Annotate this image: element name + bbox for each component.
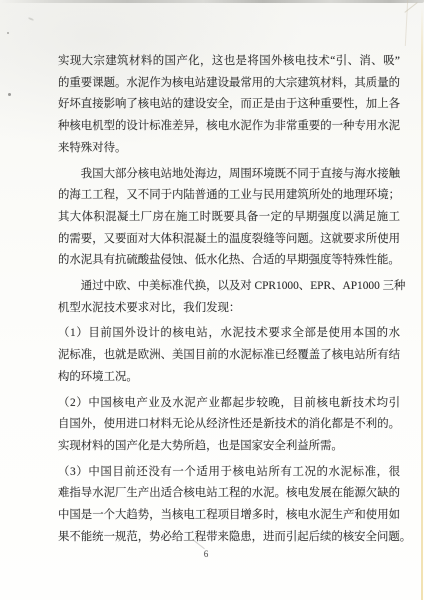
scan-edge-top xyxy=(0,0,424,3)
paragraph: （1）目前国外设计的核电站，水泥技术要求全部是使用本国的水 泥标准，也就是欧洲、… xyxy=(58,323,400,388)
text-line: 来特殊对待。 xyxy=(58,138,400,160)
paragraph: 通过中欧、中美标准代换，以及对 CPR1000、EPR、AP1000 三种 机型… xyxy=(58,276,400,319)
text-line: 的需要，又要面对大体积混凝土的温度裂缝等问题。这就要求所使用 xyxy=(58,229,400,251)
text-line: 通过中欧、中美标准代换，以及对 CPR1000、EPR、AP1000 三种 xyxy=(58,276,400,298)
text-line: 的水泥具有抗硫酸盐侵蚀、低水化热、合适的早期强度等特殊性能。 xyxy=(58,250,400,272)
text-line: （3）中国目前还没有一个适用于核电站所有工况的水泥标准，很 xyxy=(58,462,400,484)
text-line: （1）目前国外设计的核电站，水泥技术要求全部是使用本国的水 xyxy=(58,323,400,345)
page-number: 6 xyxy=(196,549,216,559)
text-line: 实现材料的国产化是大势所趋，也是国家安全利益所需。 xyxy=(58,436,400,458)
text-line: 难指导水泥厂生产出适合核电站工程的水泥。核电发展在能源欠缺的 xyxy=(58,483,400,505)
text-line: 中国是一个大趋势，当核电工程项目增多时，核电水泥生产和使用如 xyxy=(58,505,400,527)
text-line: 的重要课题。水泥作为核电站建设最常用的大宗建筑材料，其质量的 xyxy=(58,73,400,95)
paragraph: 实现大宗建筑材料的国产化，这也是将国外核电技术“引、消、吸” 的重要课题。水泥作… xyxy=(58,51,400,160)
scan-speck xyxy=(28,17,34,21)
text-line: 其大体积混凝土厂房在施工时既要具备一定的早期强度以满足施工 xyxy=(58,207,400,229)
text-line: 泥标准，也就是欧洲、美国目前的水泥标准已经覆盖了核电站所有结 xyxy=(58,345,400,367)
text-line: （2）中国核电产业及水泥产业都起步较晚，目前核电新技术均引 xyxy=(58,393,400,415)
scan-speck xyxy=(7,32,9,34)
paragraph: （3）中国目前还没有一个适用于核电站所有工况的水泥标准，很 难指导水泥厂生产出适… xyxy=(58,462,400,549)
text-line: 实现大宗建筑材料的国产化，这也是将国外核电技术“引、消、吸” xyxy=(58,51,400,73)
scan-edge-right xyxy=(421,6,423,600)
page-body: 实现大宗建筑材料的国产化，这也是将国外核电技术“引、消、吸” 的重要课题。水泥作… xyxy=(58,51,400,548)
text-line: 好坏直接影响了核电站的建设安全，而正是由于这种重要性，加上各 xyxy=(58,94,400,116)
text-line: 构的环境工况。 xyxy=(58,367,400,389)
text-line: 我国大部分核电站地处海边，周围环境既不同于直接与海水接触 xyxy=(58,164,400,186)
text-line: 机型水泥技术要求对比，我们发现： xyxy=(58,298,400,320)
text-line: 的海工工程，又不同于内陆普通的工业与民用建筑所处的地理环境； xyxy=(58,185,400,207)
scan-edge-curve xyxy=(405,0,408,46)
text-line: 自国外，使用进口材料无论从经济性还是新技术的消化都是不利的。 xyxy=(58,414,400,436)
text-line: 种核电机型的设计标准差异，核电水泥作为非常重要的一种专用水泥 xyxy=(58,116,400,138)
paragraph: 我国大部分核电站地处海边，周围环境既不同于直接与海水接触 的海工工程，又不同于内… xyxy=(58,164,400,273)
paragraph: （2）中国核电产业及水泥产业都起步较晚，目前核电新技术均引 自国外，使用进口材料… xyxy=(58,393,400,458)
scanned-document-page: 实现大宗建筑材料的国产化，这也是将国外核电技术“引、消、吸” 的重要课题。水泥作… xyxy=(0,0,424,600)
scan-speck xyxy=(8,93,11,96)
text-line: 果不能统一规范，势必给工程带来隐患，进而引起后续的核安全问题。 xyxy=(58,527,400,549)
